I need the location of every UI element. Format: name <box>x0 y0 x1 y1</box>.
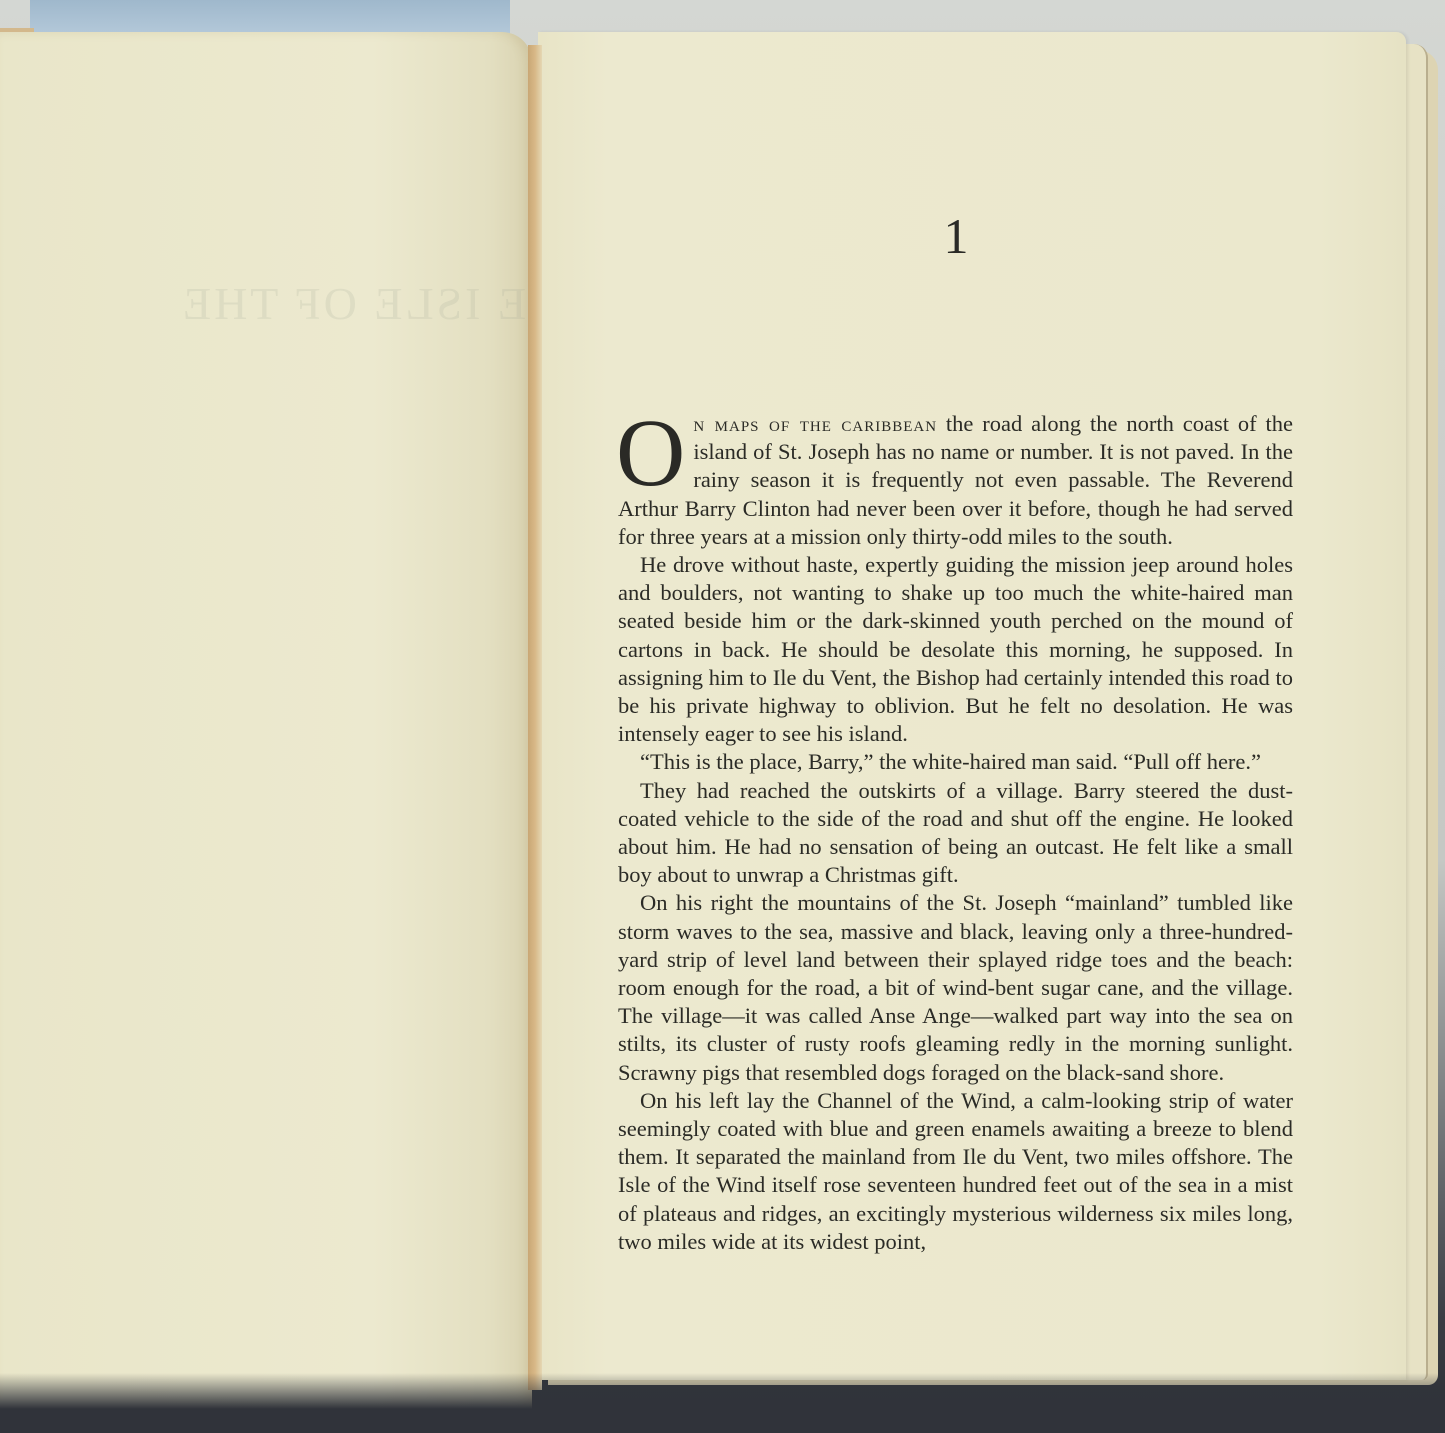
paragraph: They had reached the outskirts of a vill… <box>618 777 1293 890</box>
chapter-text: On maps of the caribbean the road along … <box>618 410 1293 1256</box>
drop-cap: O <box>616 414 685 494</box>
right-page: 1 On maps of the caribbean the road alon… <box>538 32 1406 1380</box>
paragraph: On maps of the caribbean the road along … <box>618 410 1293 551</box>
left-page: THE ISLE OF THE <box>0 32 532 1433</box>
paragraph: On his right the mountains of the St. Jo… <box>618 889 1293 1086</box>
paragraph: On his left lay the Channel of the Wind,… <box>618 1087 1293 1256</box>
opening-small-caps: n maps of the caribbean <box>693 412 937 436</box>
paragraph: “This is the place, Barry,” the white-ha… <box>618 748 1293 776</box>
dark-cloth <box>0 1373 1445 1433</box>
book-gutter <box>528 45 542 1390</box>
paragraph: He drove without haste, expertly guiding… <box>618 551 1293 748</box>
